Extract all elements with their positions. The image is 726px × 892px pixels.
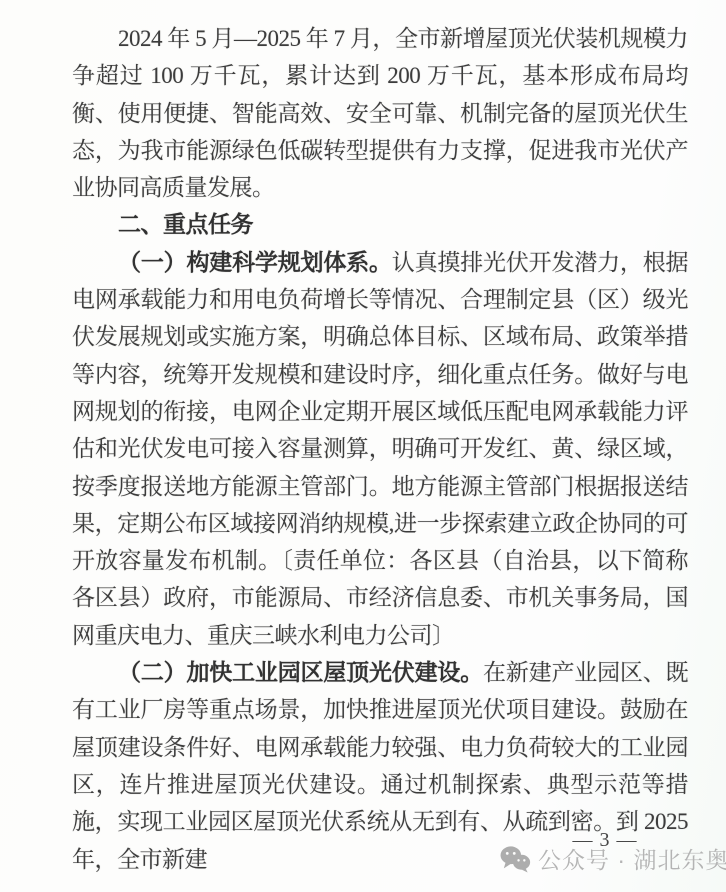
wechat-icon [499, 845, 531, 873]
paragraph-lead: （二）加快工业园区屋顶光伏建设。 [118, 660, 483, 685]
document-body: 2024 年 5 月—2025 年 7 月，全市新增屋顶光伏装机规模力争超过 1… [72, 20, 688, 878]
page-number: — 3 — [560, 829, 650, 852]
section-heading: 二、重点任务 [72, 206, 688, 243]
document-page: 2024 年 5 月—2025 年 7 月，全市新增屋顶光伏装机规模力争超过 1… [0, 0, 726, 892]
paragraph: 2024 年 5 月—2025 年 7 月，全市新增屋顶光伏装机规模力争超过 1… [72, 20, 688, 206]
paragraph-lead: （一）构建科学规划体系。 [118, 250, 392, 275]
paragraph: （一）构建科学规划体系。认真摸排光伏开发潜力，根据电网承载能力和用电负荷增长等情… [72, 244, 688, 654]
